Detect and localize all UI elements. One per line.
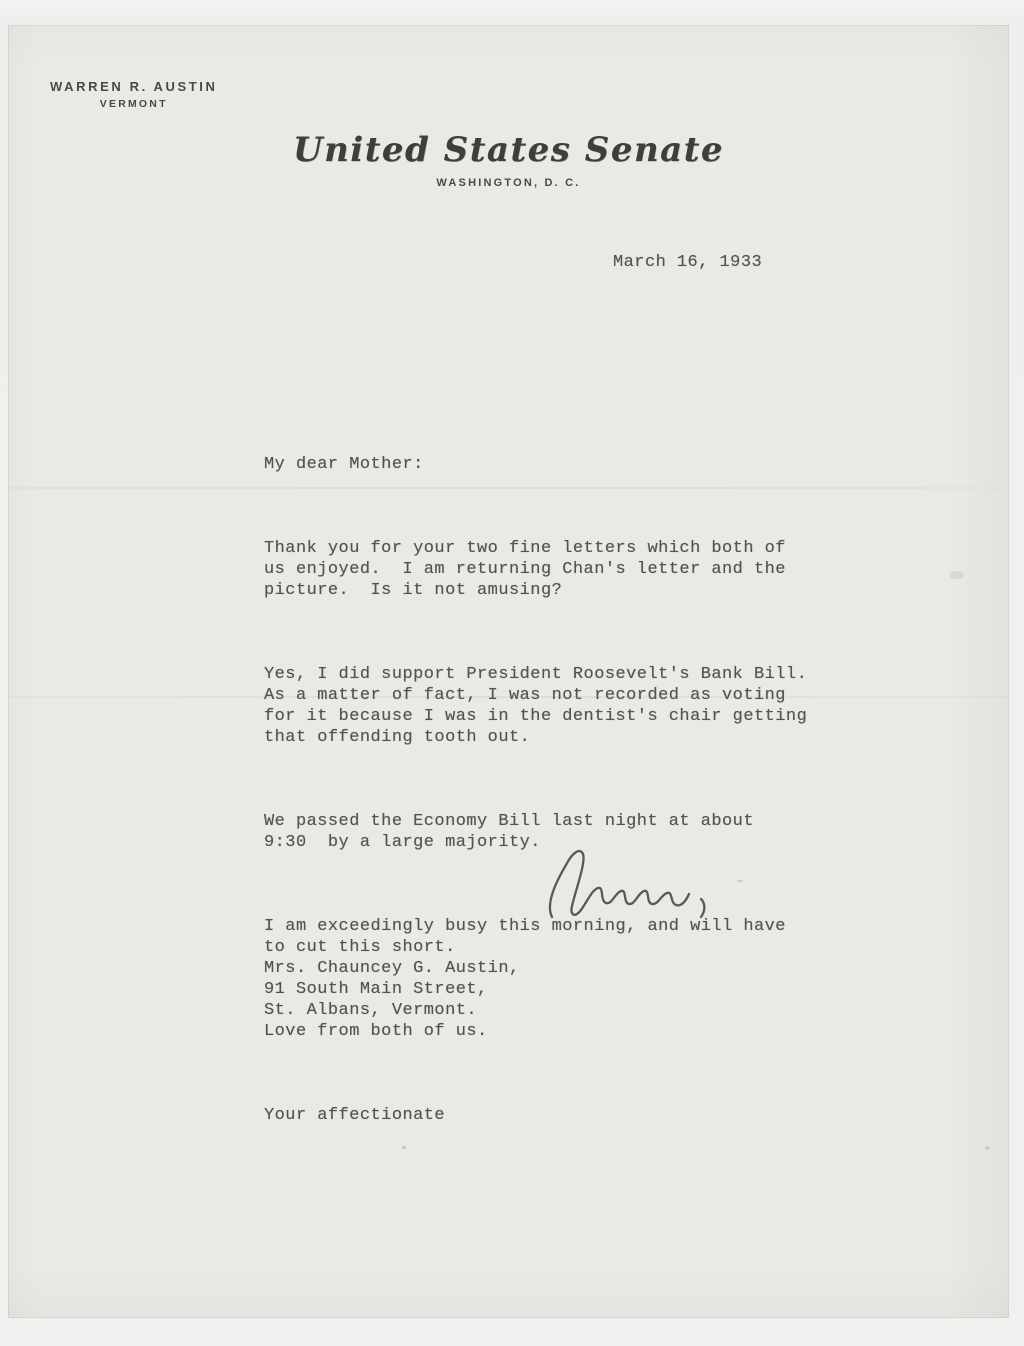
letter-body: My dear Mother: Thank you for your two f… <box>264 412 807 1189</box>
sender-name: WARREN R. AUSTIN <box>50 79 218 94</box>
warren-signature <box>538 843 748 938</box>
sender-block: WARREN R. AUSTIN VERMONT <box>50 79 218 110</box>
sender-state: VERMONT <box>50 98 218 110</box>
body-paragraph-5: Love from both of us. <box>264 1021 807 1042</box>
body-paragraph-2: Yes, I did support President Roosevelt's… <box>264 664 807 748</box>
body-paragraph-1: Thank you for your two fine letters whic… <box>264 538 807 601</box>
paper-speck <box>985 1146 990 1150</box>
salutation: My dear Mother: <box>264 454 807 475</box>
paper-speck <box>737 880 743 882</box>
letterhead-city: WASHINGTON, D. C. <box>0 177 1017 189</box>
recipient-address: Mrs. Chauncey G. Austin, 91 South Main S… <box>264 958 520 1021</box>
date-line: March 16, 1933 <box>613 252 762 273</box>
scan-background: WARREN R. AUSTIN VERMONT United States S… <box>0 0 1024 1346</box>
letterhead-title: United States Senate <box>0 130 1017 170</box>
paper-speck <box>402 1146 406 1149</box>
closing-line: Your affectionate <box>264 1105 807 1126</box>
pencil-smudge <box>950 571 964 579</box>
